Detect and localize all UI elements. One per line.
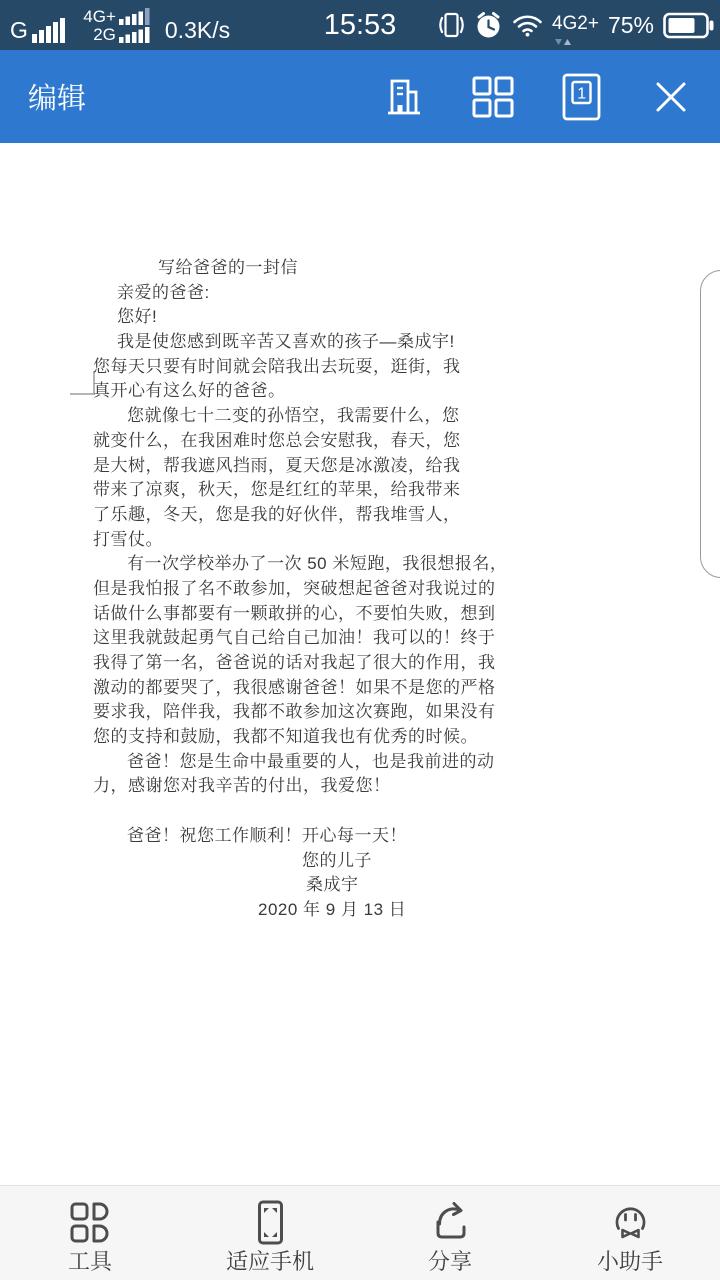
document-line: 要求我，陪伴我，我都不敢参加这次赛跑，如果没有 [93,700,507,725]
document-page[interactable]: 写给爸爸的一封信亲爱的爸爸:您好!我是使您感到既辛苦又喜欢的孩子—桑成宇!您每天… [0,143,720,1185]
network-speed: 0.3K/s [165,17,230,43]
fit-phone-icon [247,1199,294,1246]
vibrate-icon [438,10,465,40]
share-icon [427,1199,474,1246]
document-line: 我得了第一名，爸爸说的话对我起了很大的作用，我 [93,651,507,676]
alarm-clock-icon [474,11,503,40]
wifi-icon [512,14,543,37]
building-export-icon [381,74,427,120]
bottom-toolbar: 工具 适应手机 分享 小助手 [0,1185,720,1280]
status-right-cluster: 4G2+ 75% [438,0,714,50]
dual-signal-bars-icon [119,26,151,43]
assistant-icon [607,1199,654,1246]
document-line: 真开心有这么好的爸爸。 [93,379,507,404]
updown-arrows-icon [554,38,572,46]
page-number-button[interactable]: 1 [559,71,605,123]
document-line: 您就像七十二变的孙悟空，我需要什么，您 [93,404,507,429]
document-line: 您好! [93,305,507,330]
document-line: 是大树，帮我遮风挡雨，夏天您是冰激凌，给我 [93,454,507,479]
document-line: 2020 年 9 月 13 日 [93,898,507,923]
net-top-label: 4G+ [78,8,116,25]
battery-percent: 75% [608,12,654,39]
share-button[interactable]: 分享 [360,1186,540,1280]
page-number-icon: 1 [560,72,604,122]
document-line: 桑成宇 [93,873,507,898]
sim1-carrier-label: G [10,17,28,43]
share-label: 分享 [428,1250,472,1274]
building-export-button[interactable] [381,71,427,123]
document-line: 爸爸！您是生命中最重要的人，也是我前进的动 [93,750,507,775]
components-grid-button[interactable] [470,71,516,123]
signal-bars-icon [32,17,66,43]
close-button[interactable] [648,71,694,123]
document-line [93,799,507,824]
document-lines: 写给爸爸的一封信亲爱的爸爸:您好!我是使您感到既辛苦又喜欢的孩子—桑成宇!您每天… [93,256,507,923]
document-line: 但是我怕报了名不敢参加，突破想起爸爸对我说过的 [93,577,507,602]
clock-time: 15:53 [324,0,397,50]
document-line: 您的支持和鼓励，我都不知道我也有优秀的时候。 [93,725,507,750]
document-line: 爸爸！祝您工作顺利！开心每一天！ [93,824,507,849]
document-line: 了乐趣，冬天，您是我的好伙伴，帮我堆雪人， [93,503,507,528]
document-line: 话做什么事都要有一颗敢拼的心，不要怕失败，想到 [93,602,507,627]
battery-icon [663,12,714,39]
document-line: 这里我就鼓起勇气自己给自己加油！我可以的！终于 [93,626,507,651]
close-icon [651,77,691,117]
tools-grid-icon [67,1199,114,1246]
scrollbar-thumb[interactable] [700,270,720,578]
fit-phone-label: 适应手机 [226,1250,314,1274]
edit-mode-button[interactable]: 编辑 [0,76,86,117]
document-line: 力，感谢您对我辛苦的付出，我爱您！ [93,774,507,799]
components-grid-icon [470,74,516,120]
document-line: 激动的都要哭了，我很感谢爸爸！如果不是您的严格 [93,676,507,701]
net-right-label: 4G2+ [552,14,599,44]
sim1-signal: G [10,17,66,43]
svg-text:1: 1 [577,85,586,102]
tools-button[interactable]: 工具 [0,1186,180,1280]
document-line: 亲爱的爸爸: [93,281,507,306]
dual-signal-bars-icon [119,8,151,25]
document-line: 就变什么，在我困难时您总会安慰我，春天，您 [93,429,507,454]
document-line: 打雪仗。 [93,528,507,553]
assistant-button[interactable]: 小助手 [540,1186,720,1280]
assistant-label: 小助手 [597,1250,663,1274]
fit-phone-button[interactable]: 适应手机 [180,1186,360,1280]
net-bottom-label: 2G [78,26,116,43]
document-line: 我是使您感到既辛苦又喜欢的孩子—桑成宇! [93,330,507,355]
status-bar: G 4G+ 2G [0,0,720,50]
page-corner-mark [70,371,95,395]
document-line: 写给爸爸的一封信 [93,256,507,281]
sim2-signal: 4G+ 2G [78,8,151,43]
edit-toolbar: 编辑 1 [0,50,720,143]
document-line: 您的儿子 [93,849,507,874]
status-left-cluster: G 4G+ 2G [0,8,230,43]
tools-label: 工具 [68,1250,112,1274]
document-line: 您每天只要有时间就会陪我出去玩耍，逛街，我 [93,355,507,380]
document-line: 带来了凉爽，秋天，您是红红的苹果，给我带来 [93,478,507,503]
document-line: 有一次学校举办了一次 50 米短跑，我很想报名， [93,552,507,577]
